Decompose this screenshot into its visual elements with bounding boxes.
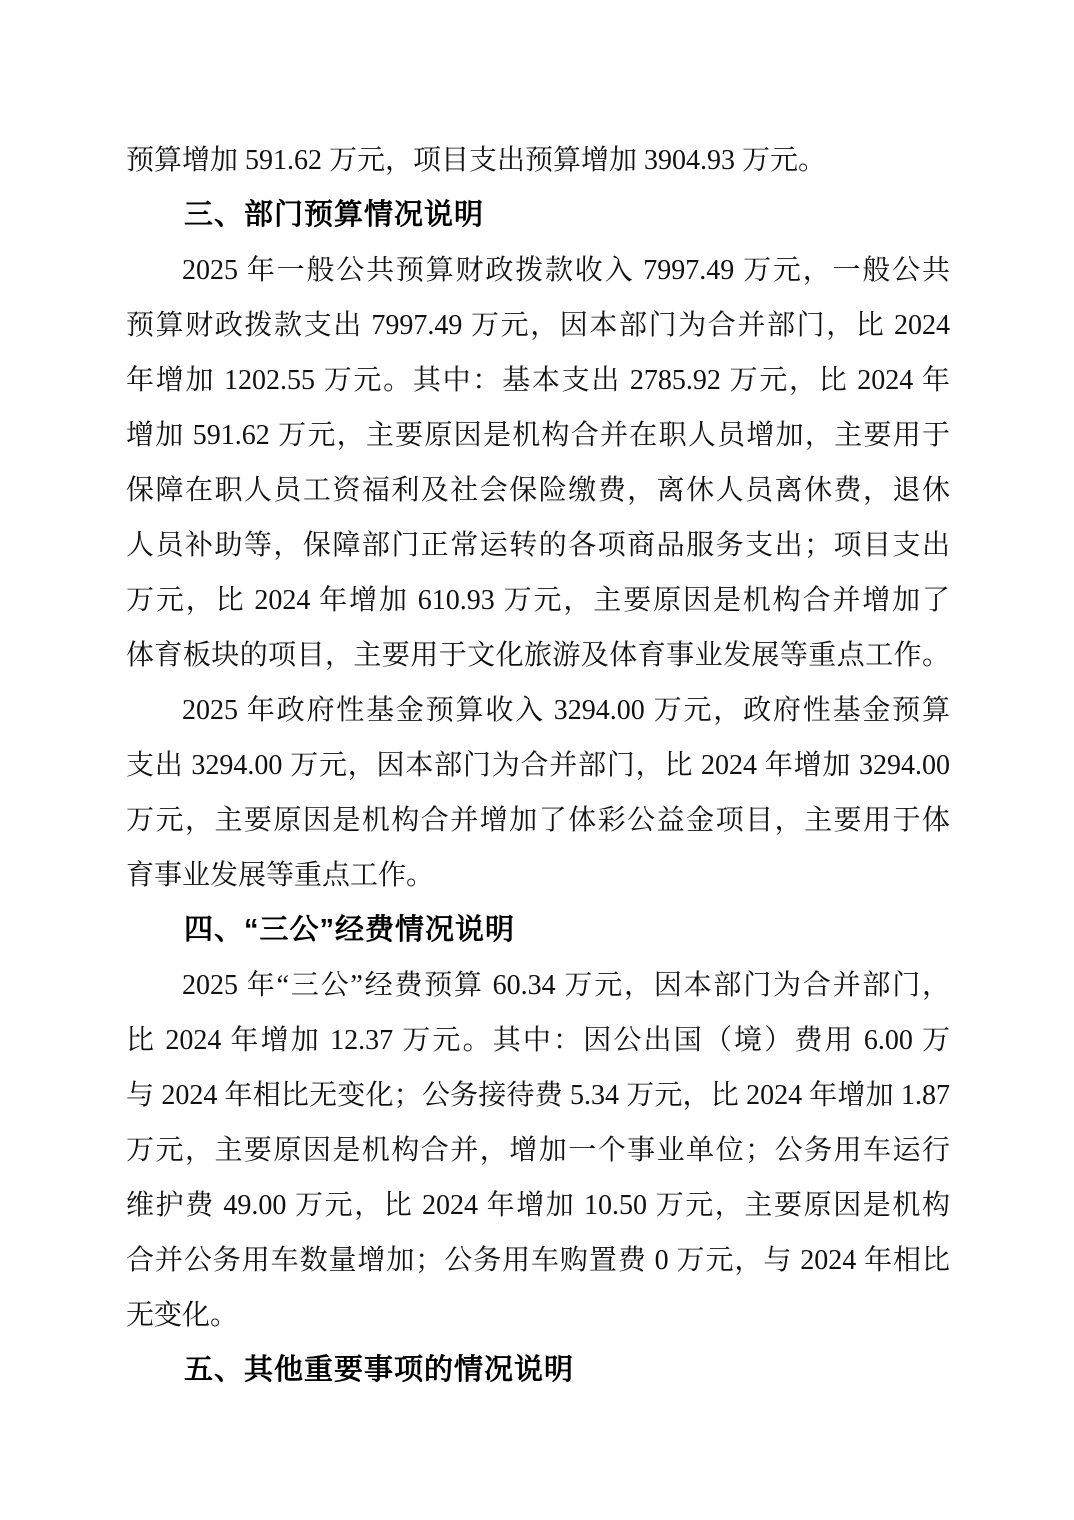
paragraph-line: 比 2024 年增加 12.37 万元。其中：因公出国（境）费用 6.00 万元… — [126, 1013, 950, 1068]
paragraph-line: 万元，主要原因是机构合并，增加一个事业单位；公务用车运行 — [126, 1123, 950, 1178]
paragraph-line: 2025 年一般公共预算财政拨款收入 7997.49 万元，一般公共 — [126, 243, 950, 298]
paragraph-line: 支出 3294.00 万元，因本部门为合并部门，比 2024 年增加 3294.… — [126, 738, 950, 793]
paragraph-line: 无变化。 — [126, 1288, 950, 1343]
paragraph-line: 万元，主要原因是机构合并增加了体彩公益金项目，主要用于体 — [126, 793, 950, 848]
paragraph-line: 保障在职人员工资福利及社会保险缴费，离休人员离休费，退休 — [126, 463, 950, 518]
paragraph-line: 万元，比 2024 年增加 610.93 万元，主要原因是机构合并增加了 — [126, 573, 950, 628]
section5-heading: 五、其他重要事项的情况说明 — [126, 1343, 950, 1398]
carryover-line: 预算增加 591.62 万元，项目支出预算增加 3904.93 万元。 — [126, 133, 950, 188]
paragraph-line: 体育板块的项目，主要用于文化旅游及体育事业发展等重点工作。 — [126, 628, 950, 683]
paragraph-line: 增加 591.62 万元，主要原因是机构合并在职人员增加，主要用于 — [126, 408, 950, 463]
paragraph-line: 年增加 1202.55 万元。其中：基本支出 2785.92 万元，比 2024… — [126, 353, 950, 408]
paragraph-line: 合并公务用车数量增加；公务用车购置费 0 万元，与 2024 年相比 — [126, 1233, 950, 1288]
paragraph-line: 与 2024 年相比无变化；公务接待费 5.34 万元，比 2024 年增加 1… — [126, 1068, 950, 1123]
section4-heading: 四、“三公”经费情况说明 — [126, 903, 950, 958]
document-body: 预算增加 591.62 万元，项目支出预算增加 3904.93 万元。 三、部门… — [126, 133, 950, 1398]
section3-heading: 三、部门预算情况说明 — [126, 188, 950, 243]
paragraph-line: 预算财政拨款支出 7997.49 万元，因本部门为合并部门，比 2024 — [126, 298, 950, 353]
paragraph-line: 维护费 49.00 万元，比 2024 年增加 10.50 万元，主要原因是机构 — [126, 1178, 950, 1233]
paragraph-line: 2025 年政府性基金预算收入 3294.00 万元，政府性基金预算 — [126, 683, 950, 738]
paragraph-line: 人员补助等，保障部门正常运转的各项商品服务支出；项目支出 — [126, 518, 950, 573]
paragraph-line: 2025 年“三公”经费预算 60.34 万元，因本部门为合并部门， — [126, 958, 950, 1013]
document-page: 预算增加 591.62 万元，项目支出预算增加 3904.93 万元。 三、部门… — [0, 0, 1074, 1520]
paragraph-line: 育事业发展等重点工作。 — [126, 848, 950, 903]
